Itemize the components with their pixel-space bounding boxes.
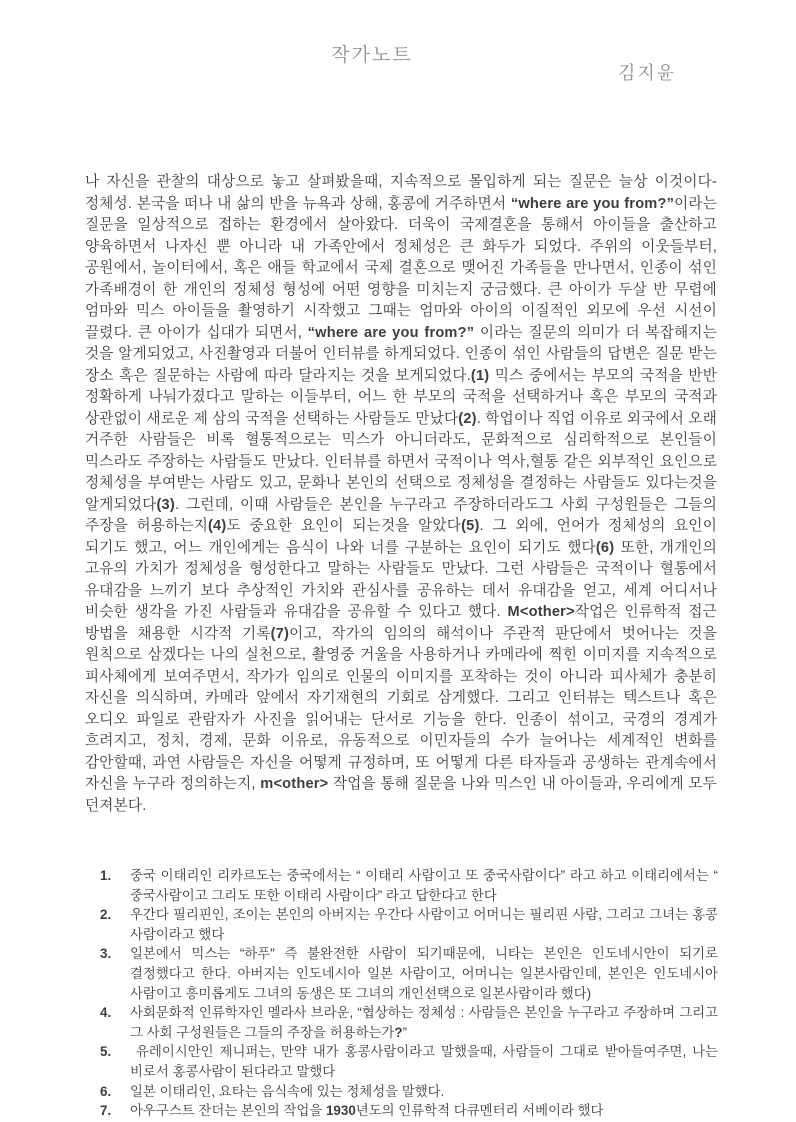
footnote-item: 1. 중국 이태리인 리카르도는 중국에서는 “ 이태리 사람이고 또 중국사람… — [100, 866, 718, 905]
footnote-item: 3. 일본에서 믹스는 “하푸” 즉 불완전한 사람이 되기때문에, 니타는 본… — [100, 944, 718, 1003]
text-segment: (4) — [208, 518, 226, 534]
footnote-item: 5. 유레이시안인 제니퍼는, 만약 내가 홍콩사람이라고 말했을때, 사람들이… — [100, 1042, 718, 1081]
document-page: 작가노트 김지윤 나 자신을 관찰의 대상으로 놓고 살펴봤을때, 지속적으로 … — [0, 0, 796, 1122]
footnote-item: 4. 사회문화적 인류학자인 멜라사 브라운, “협상하는 정체성 : 사람들은… — [100, 1003, 718, 1042]
artist-statement-body: 나 자신을 관찰의 대상으로 놓고 살펴봤을때, 지속적으로 몰입하게 되는 질… — [85, 172, 717, 817]
text-segment: M<other> — [508, 604, 575, 620]
text-segment: (3) — [157, 497, 175, 513]
footnote-item: 2. 우간다 필리핀인, 조이는 본인의 아버지는 우간다 사람이고 어머니는 … — [100, 905, 718, 944]
footnote-text: 일본에서 믹스는 “하푸” 즉 불완전한 사람이 되기때문에, 니타는 본인은 … — [130, 944, 718, 1003]
author-name: 김지윤 — [618, 59, 676, 85]
text-segment: 아우구스트 잔더는 본인의 작업을 — [130, 1103, 326, 1118]
text-segment: ? — [394, 1025, 402, 1040]
footnote-number: 6. — [100, 1082, 130, 1102]
footnote-number: 3. — [100, 944, 130, 1003]
text-segment: (5) — [461, 518, 479, 534]
footnote-text: 아우구스트 잔더는 본인의 작업을 1930년도의 인류학적 다큐멘터리 서베이… — [130, 1101, 718, 1121]
text-segment: (2) — [458, 411, 476, 427]
footnote-number: 7. — [100, 1101, 130, 1121]
footnote-item: 6. 일본 이태리인, 요타는 음식속에 있는 정체성을 말했다. — [100, 1082, 718, 1102]
text-segment: (6) — [596, 540, 614, 556]
footnote-number: 1. — [100, 866, 130, 905]
footnote-number: 4. — [100, 1003, 130, 1042]
footnote-text: 유레이시안인 제니퍼는, 만약 내가 홍콩사람이라고 말했을때, 사람들이 그대… — [130, 1042, 718, 1081]
footnote-text: 사회문화적 인류학자인 멜라사 브라운, “협상하는 정체성 : 사람들은 본인… — [130, 1003, 718, 1042]
text-segment: 년도의 인류학적 다큐멘터리 서베이라 했다 — [356, 1103, 604, 1118]
text-segment: 도 중요한 요인이 되는것을 알았다 — [226, 518, 461, 534]
text-segment: 사회문화적 인류학자인 멜라사 브라운, “협상하는 정체성 : 사람들은 본인… — [130, 1005, 722, 1040]
text-segment: 이라는 질문을 일상적으로 접하는 환경에서 살아왔다. 더욱이 국제결혼을 통… — [85, 196, 717, 341]
text-segment: (1) — [471, 368, 489, 384]
footnote-number: 2. — [100, 905, 130, 944]
text-segment: 중국 이태리인 리카르도는 중국에서는 “ 이태리 사람이고 또 중국사람이다”… — [130, 868, 722, 903]
text-segment: 일본에서 믹스는 “하푸” 즉 불완전한 사람이 되기때문에, 니타는 본인은 … — [130, 946, 722, 1000]
text-segment: 우간다 필리핀인, 조이는 본인의 아버지는 우간다 사람이고 어머니는 필리핀… — [130, 907, 722, 942]
footnote-text: 우간다 필리핀인, 조이는 본인의 아버지는 우간다 사람이고 어머니는 필리핀… — [130, 905, 718, 944]
text-segment: 유레이시안인 제니퍼는, 만약 내가 홍콩사람이라고 말했을때, 사람들이 그대… — [130, 1044, 722, 1079]
footnotes-list: 1. 중국 이태리인 리카르도는 중국에서는 “ 이태리 사람이고 또 중국사람… — [100, 866, 718, 1121]
text-segment: 일본 이태리인, 요타는 음식속에 있는 정체성을 말했다. — [130, 1084, 444, 1099]
text-segment: (7) — [271, 626, 289, 642]
text-segment: 이고, 작가의 임의의 해석이나 주관적 판단에서 벗어나는 것을 원칙으로 삼… — [85, 626, 717, 793]
footnote-text: 일본 이태리인, 요타는 음식속에 있는 정체성을 말했다. — [130, 1082, 718, 1102]
text-segment: “where are you from?” — [308, 325, 475, 341]
text-segment: ” — [403, 1025, 407, 1040]
text-segment: 1930 — [326, 1103, 356, 1118]
footnote-item: 7. 아우구스트 잔더는 본인의 작업을 1930년도의 인류학적 다큐멘터리 … — [100, 1101, 718, 1121]
footnote-number: 5. — [100, 1042, 130, 1081]
text-segment: m<other> — [260, 776, 328, 792]
text-segment: “where are you from?” — [511, 196, 674, 212]
footnote-text: 중국 이태리인 리카르도는 중국에서는 “ 이태리 사람이고 또 중국사람이다”… — [130, 866, 718, 905]
